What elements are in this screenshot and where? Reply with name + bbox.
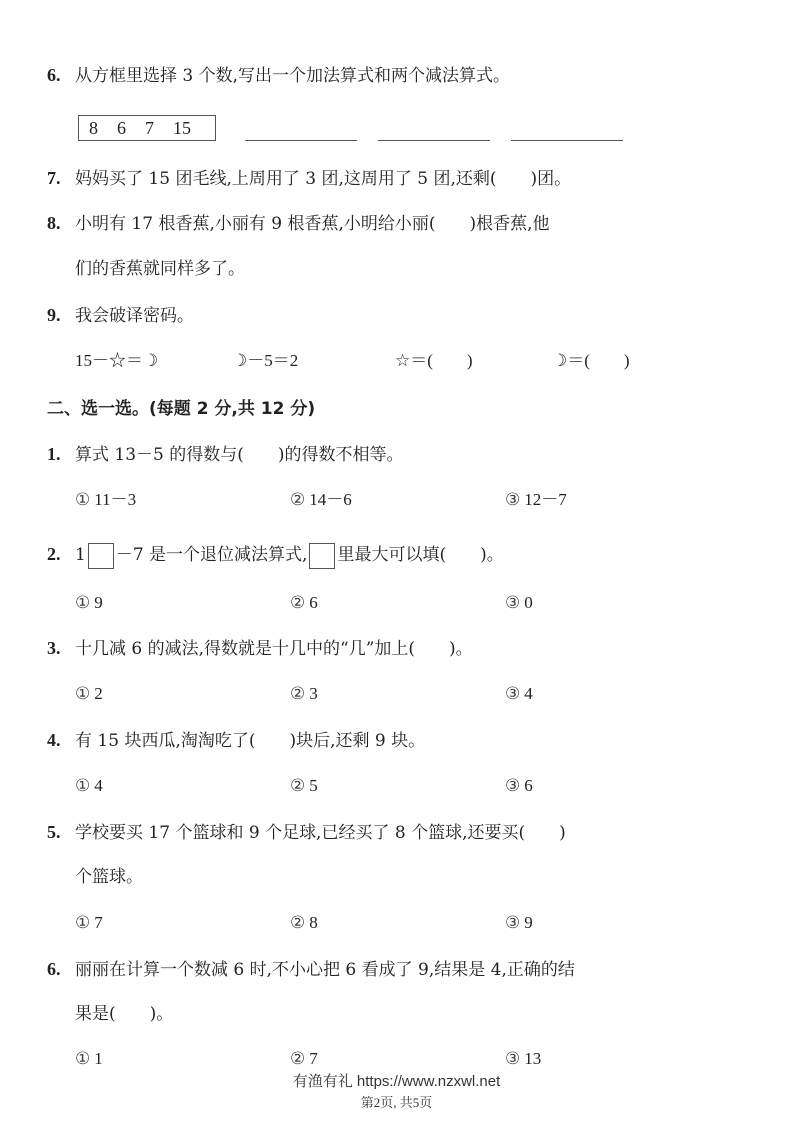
moon-answer[interactable]: ☽＝( ) [552, 350, 630, 372]
option-text: 8 [309, 913, 318, 932]
option-1[interactable]: ①11－3 [75, 489, 136, 511]
option-marker: ② [290, 776, 305, 796]
option-1[interactable]: ①2 [75, 683, 103, 705]
option-text: 14－6 [309, 490, 352, 509]
question-text: 1 [75, 545, 86, 565]
option-text: 4 [94, 776, 103, 795]
box-number: 8 [89, 116, 117, 140]
question-9: 9.我会破译密码。 [47, 304, 194, 327]
option-marker: ① [75, 684, 90, 704]
question-number: 4. [47, 729, 75, 751]
option-1[interactable]: ①1 [75, 1048, 103, 1070]
question-text: 小明有 17 根香蕉,小丽有 9 根香蕉,小明给小丽( )根香蕉,他 [75, 214, 550, 234]
choice-question-6-line2: 果是( )。 [75, 1003, 173, 1025]
option-3[interactable]: ③9 [505, 912, 533, 934]
code-equation-1: 15－☆＝☽ [75, 350, 158, 372]
box-number: 6 [117, 116, 145, 140]
question-number: 7. [47, 167, 75, 189]
option-1[interactable]: ①7 [75, 912, 103, 934]
option-text: 9 [94, 593, 103, 612]
question-number: 6. [47, 64, 75, 86]
option-marker: ② [290, 1049, 305, 1069]
question-text: －7 是一个退位减法算式, [116, 545, 308, 565]
option-2[interactable]: ②5 [290, 775, 318, 797]
choice-question-5-line2: 个篮球。 [75, 866, 143, 888]
choice-question-2: 2.1－7 是一个退位减法算式,里最大可以填( )。 [47, 540, 504, 569]
option-text: 1 [94, 1049, 103, 1068]
page-number: 第2页, 共5页 [0, 1092, 793, 1111]
star-answer[interactable]: ☆＝( ) [395, 350, 473, 372]
option-marker: ③ [505, 684, 520, 704]
question-text: 丽丽在计算一个数减 6 时,不小心把 6 看成了 9,结果是 4,正确的结 [75, 960, 575, 980]
option-marker: ② [290, 490, 305, 510]
number-box: 8 6 7 15 [78, 115, 216, 141]
question-text: 算式 13－5 的得数与( )的得数不相等。 [75, 445, 404, 465]
option-marker: ① [75, 913, 90, 933]
option-text: 7 [94, 913, 103, 932]
question-number: 9. [47, 304, 75, 326]
answer-blank[interactable] [511, 139, 623, 141]
option-text: 12－7 [524, 490, 567, 509]
option-2[interactable]: ②8 [290, 912, 318, 934]
choice-question-5: 5.学校要买 17 个篮球和 9 个足球,已经买了 8 个篮球,还要买( ) [47, 821, 566, 844]
question-number: 1. [47, 443, 75, 465]
question-number: 6. [47, 958, 75, 980]
option-1[interactable]: ①4 [75, 775, 103, 797]
question-text: 十几减 6 的减法,得数就是十几中的“几”加上( )。 [75, 639, 473, 659]
option-text: 11－3 [94, 490, 136, 509]
option-2[interactable]: ②14－6 [290, 489, 352, 511]
option-3[interactable]: ③0 [505, 592, 533, 614]
answer-blank[interactable] [245, 139, 357, 141]
option-marker: ② [290, 913, 305, 933]
question-8: 8.小明有 17 根香蕉,小丽有 9 根香蕉,小明给小丽( )根香蕉,他 [47, 212, 550, 235]
question-6: 6.从方框里选择 3 个数,写出一个加法算式和两个减法算式。 [47, 64, 510, 87]
option-text: 7 [309, 1049, 318, 1068]
option-marker: ② [290, 684, 305, 704]
option-marker: ③ [505, 776, 520, 796]
question-number: 5. [47, 821, 75, 843]
question-8-line2: 们的香蕉就同样多了。 [75, 258, 245, 280]
option-text: 2 [94, 684, 103, 703]
option-text: 13 [524, 1049, 541, 1068]
option-marker: ② [290, 593, 305, 613]
question-number: 3. [47, 637, 75, 659]
question-number: 8. [47, 212, 75, 234]
question-number: 2. [47, 540, 75, 568]
question-text: 妈妈买了 15 团毛线,上周用了 3 团,这周用了 5 团,还剩( )团。 [75, 169, 571, 189]
option-text: 5 [309, 776, 318, 795]
option-2[interactable]: ②6 [290, 592, 318, 614]
answer-blank[interactable] [378, 139, 490, 141]
question-7: 7.妈妈买了 15 团毛线,上周用了 3 团,这周用了 5 团,还剩( )团。 [47, 167, 571, 190]
section-score: (每题 2 分,共 12 分) [149, 399, 315, 419]
digit-box-ref [309, 543, 335, 569]
section-2-heading: 二、选一选。(每题 2 分,共 12 分) [47, 398, 315, 420]
choice-question-4: 4.有 15 块西瓜,淘淘吃了( )块后,还剩 9 块。 [47, 729, 425, 752]
box-number: 7 [145, 116, 173, 140]
option-3[interactable]: ③6 [505, 775, 533, 797]
choice-question-3: 3.十几减 6 的减法,得数就是十几中的“几”加上( )。 [47, 637, 473, 660]
question-text: 我会破译密码。 [75, 306, 194, 326]
option-text: 0 [524, 593, 533, 612]
section-title: 二、选一选。 [47, 399, 149, 419]
option-marker: ③ [505, 913, 520, 933]
option-text: 3 [309, 684, 318, 703]
choice-question-6: 6.丽丽在计算一个数减 6 时,不小心把 6 看成了 9,结果是 4,正确的结 [47, 958, 575, 981]
code-equation-2: ☽－5＝2 [232, 350, 298, 372]
option-marker: ① [75, 1049, 90, 1069]
choice-question-1: 1.算式 13－5 的得数与( )的得数不相等。 [47, 443, 404, 466]
option-marker: ① [75, 490, 90, 510]
option-marker: ③ [505, 490, 520, 510]
digit-box[interactable] [88, 543, 114, 569]
option-3[interactable]: ③4 [505, 683, 533, 705]
option-marker: ① [75, 593, 90, 613]
option-2[interactable]: ②3 [290, 683, 318, 705]
option-text: 4 [524, 684, 533, 703]
question-text: 有 15 块西瓜,淘淘吃了( )块后,还剩 9 块。 [75, 731, 425, 751]
option-1[interactable]: ①9 [75, 592, 103, 614]
option-text: 6 [309, 593, 318, 612]
question-text: 从方框里选择 3 个数,写出一个加法算式和两个减法算式。 [75, 66, 510, 86]
watermark: 有渔有礼 https://www.nzxwl.net [0, 1070, 793, 1091]
option-3[interactable]: ③13 [505, 1048, 541, 1070]
option-marker: ① [75, 776, 90, 796]
option-text: 9 [524, 913, 533, 932]
question-text: 学校要买 17 个篮球和 9 个足球,已经买了 8 个篮球,还要买( ) [75, 823, 566, 843]
option-text: 6 [524, 776, 533, 795]
option-marker: ③ [505, 1049, 520, 1069]
question-text: 里最大可以填( )。 [337, 545, 503, 565]
option-2[interactable]: ②7 [290, 1048, 318, 1070]
option-marker: ③ [505, 593, 520, 613]
option-3[interactable]: ③12－7 [505, 489, 567, 511]
box-number: 15 [173, 116, 191, 140]
